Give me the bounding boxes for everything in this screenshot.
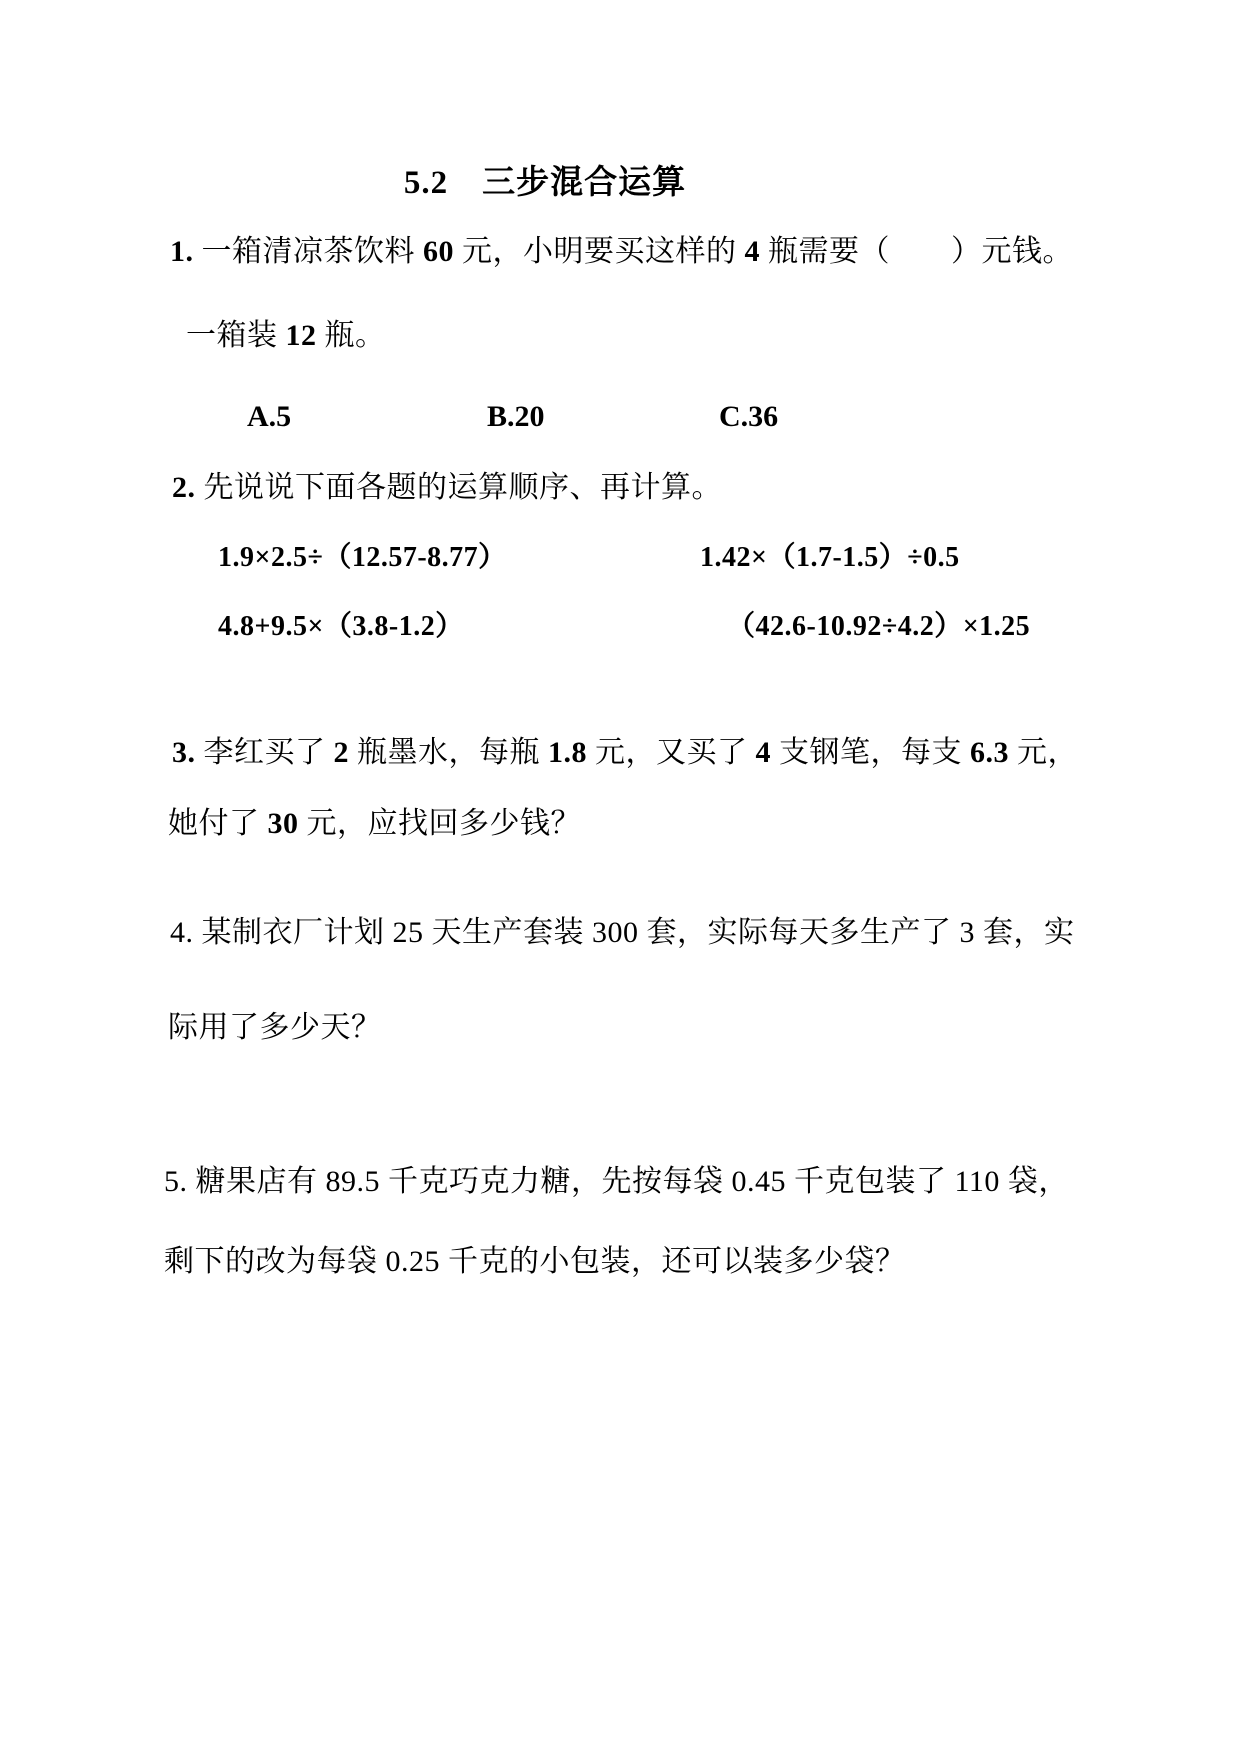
question-4-line-1: 4. 某制衣厂计划 25 天生产套装 300 套，实际每天多生产了 3 套，实 bbox=[170, 915, 1075, 951]
question-2-expression-4: （42.6-10.92÷4.2）×1.25 bbox=[727, 610, 1030, 644]
worksheet-page: 5.2 三步混合运算 1. 一箱清凉茶饮料 60 元，小明要买这样的 4 瓶需要… bbox=[0, 0, 1241, 1754]
question-2-prompt: 2. 先说说下面各题的运算顺序、再计算。 bbox=[172, 470, 722, 506]
question-2-expression-2: 1.42×（1.7-1.5）÷0.5 bbox=[700, 541, 960, 575]
question-3-line-2: 她付了 30 元，应找回多少钱？ bbox=[168, 806, 581, 842]
question-4-line-2: 际用了多少天？ bbox=[168, 1010, 382, 1046]
question-1-option-c: C.36 bbox=[719, 400, 778, 434]
question-5-line-2: 剩下的改为每袋 0.25 千克的小包装，还可以装多少袋？ bbox=[164, 1244, 906, 1280]
question-1-line-1: 1. 一箱清凉茶饮料 60 元，小明要买这样的 4 瓶需要（ ）元钱。 bbox=[170, 234, 1073, 270]
question-1-option-b: B.20 bbox=[487, 400, 545, 434]
page-title: 5.2 三步混合运算 bbox=[0, 156, 1090, 203]
question-2-expression-3: 4.8+9.5×（3.8-1.2） bbox=[218, 610, 464, 644]
question-1-option-a: A.5 bbox=[247, 400, 291, 434]
question-3-line-1: 3. 李红买了 2 瓶墨水，每瓶 1.8 元，又买了 4 支钢笔，每支 6.3 … bbox=[172, 735, 1078, 771]
question-5-line-1: 5. 糖果店有 89.5 千克巧克力糖，先按每袋 0.45 千克包装了 110 … bbox=[164, 1164, 1069, 1200]
question-1-line-2: 一箱装 12 瓶。 bbox=[186, 318, 386, 354]
question-2-expression-1: 1.9×2.5÷（12.57-8.77） bbox=[218, 541, 507, 575]
